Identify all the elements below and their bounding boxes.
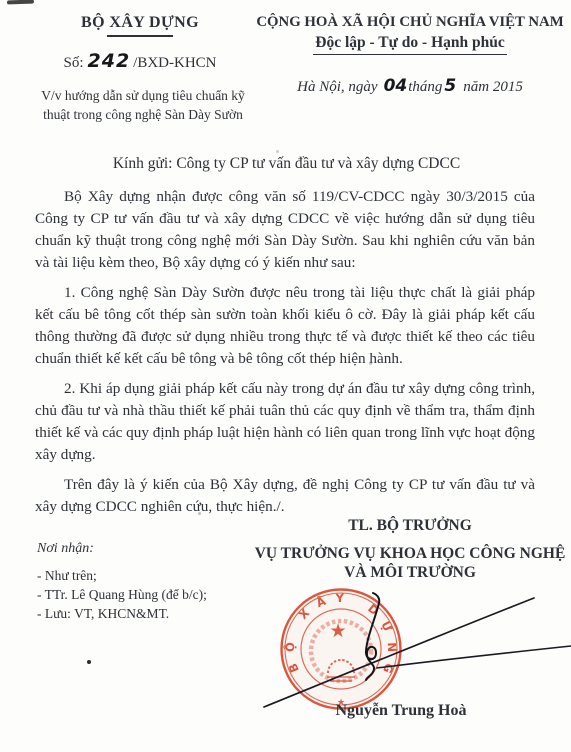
signer-position: VỤ TRƯỞNG VỤ KHOA HỌC CÔNG NGHỆ VÀ MÔI T…	[251, 544, 569, 583]
date-mid: tháng	[408, 79, 442, 95]
signer-delegation: TL. BỘ TRƯỞNG	[251, 516, 569, 536]
ref-number-handwritten: 242	[88, 50, 131, 72]
letter-body: Bộ Xây dựng nhận được công văn số 119/CV…	[35, 186, 535, 526]
recipients-title: Nơi nhận:	[37, 541, 207, 557]
issuing-org-block: BỘ XÂY DỰNG Số:242/BXD-KHCN V/v hướng dẫ…	[28, 14, 252, 124]
paragraph-point-1: 1. Công nghệ Sàn Dày Sườn được nêu trong…	[35, 282, 535, 370]
scan-artifact-dot	[276, 150, 279, 153]
scan-artifact-dot	[87, 660, 91, 664]
salutation-line: Kính gửi: Công ty CP tư vấn đầu tư và xâ…	[33, 155, 540, 173]
national-motto-line1: CỘNG HOÀ XÃ HỘI CHỦ NGHĨA VIỆT NAM	[251, 14, 569, 31]
document-number-line: Số:242/BXD-KHCN	[28, 50, 252, 72]
signer-name: Nguyễn Trung Hoà	[291, 702, 511, 720]
scanned-official-letter: BỘ XÂY DỰNG Số:242/BXD-KHCN V/v hướng dẫ…	[0, 0, 571, 752]
org-underline	[107, 35, 173, 37]
recipient-item: - Như trên;	[37, 568, 207, 584]
paragraph-point-2: 2. Khi áp dụng giải pháp kết cấu này tro…	[35, 378, 535, 466]
issuing-org-name: BỘ XÂY DỰNG	[28, 14, 252, 32]
national-header-block: CỘNG HOÀ XÃ HỘI CHỦ NGHĨA VIỆT NAM Độc l…	[251, 14, 569, 96]
subject-line: V/v hướng dẫn sử dụng tiêu chuẩn kỹ thuậ…	[28, 86, 258, 124]
date-prefix: Hà Nội, ngày	[297, 79, 377, 95]
recipients-block: Nơi nhận: - Như trên; - TTr. Lê Quang Hù…	[37, 541, 207, 622]
signature-title-block: TL. BỘ TRƯỞNG VỤ TRƯỞNG VỤ KHOA HỌC CÔNG…	[251, 516, 569, 583]
paragraph-intro: Bộ Xây dựng nhận được công văn số 119/CV…	[35, 186, 535, 274]
ref-label: Số:	[63, 55, 83, 71]
national-motto-line2: Độc lập - Tự do - Hạnh phúc	[251, 34, 569, 55]
date-day-handwritten: 04	[384, 76, 408, 96]
scan-artifact-corner	[7, 0, 34, 4]
ref-code: /BXD-KHCN	[133, 55, 216, 71]
emblem-star: ★	[329, 621, 346, 642]
official-red-seal: BỘ XÂY DỰNG ★ ★	[277, 585, 405, 713]
date-month-handwritten: 5	[444, 76, 456, 96]
recipient-item: - TTr. Lê Quang Hùng (để b/c);	[37, 587, 207, 603]
paragraph-closing: Trên đây là ý kiến của Bộ Xây dựng, đề n…	[35, 474, 535, 518]
recipient-item: - Lưu: VT, KHCN&MT.	[37, 606, 207, 622]
place-date-line: Hà Nội, ngày04tháng5năm 2015	[251, 76, 569, 96]
date-suffix: năm 2015	[463, 79, 523, 95]
